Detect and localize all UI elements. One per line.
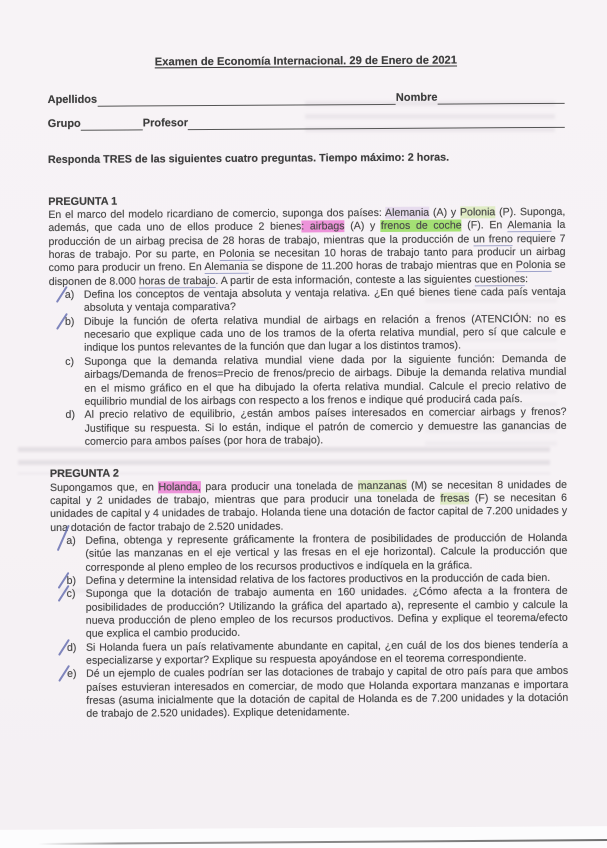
scanner-background-band (0, 826, 607, 848)
item-text: Dé un ejemplo de cuales podrían ser las … (86, 665, 568, 721)
question-2-item-a: a) Defina, obtenga y represente gráficam… (50, 532, 567, 575)
item-text: Suponga que la demanda relativa mundial … (84, 353, 566, 409)
item-label: d) (65, 409, 75, 422)
grupo-blank-line (81, 117, 143, 131)
question-1: PREGUNTA 1 En el marco del modelo ricard… (48, 193, 567, 450)
item-label: c) (67, 588, 76, 601)
question-2-item-e: e) Dé un ejemplo de cuales podrían ser l… (51, 665, 568, 722)
question-2-item-d: d) Si Holanda fuera un país relativament… (51, 639, 568, 669)
nombre-blank-line (437, 90, 564, 105)
page-content: Examen de Economía Internacional. 29 de … (47, 0, 568, 722)
item-text: Defina, obtenga y represente gráficament… (85, 532, 567, 575)
page-title: Examen de Economía Internacional. 29 de … (47, 54, 564, 71)
question-1-intro: En el marco del modelo ricardiano de com… (48, 206, 565, 289)
exam-instructions: Responda TRES de las siguientes cuatro p… (48, 151, 565, 168)
item-text: Dibuje la función de oferta relativa mun… (84, 313, 566, 356)
scanned-exam-page: Examen de Economía Internacional. 29 de … (0, 0, 607, 848)
item-label: d) (67, 642, 77, 655)
apellidos-blank-line (97, 91, 396, 107)
apellidos-label: Apellidos (48, 94, 98, 108)
question-1-item-a: a) Defina los conceptos de ventaja absol… (49, 286, 566, 316)
question-1-item-d: d) Al precio relativo de equilibrio, ¿es… (49, 406, 566, 449)
name-fields-row: Apellidos Nombre (48, 90, 565, 107)
question-1-item-c: c) Suponga que la demanda relativa mundi… (49, 353, 566, 410)
item-text: Suponga que la dotación de trabajo aumen… (86, 585, 568, 641)
nombre-label: Nombre (396, 92, 438, 106)
group-fields-row: Grupo Profesor (48, 114, 565, 131)
item-text: Defina los conceptos de ventaja absoluta… (84, 286, 566, 316)
profesor-blank-line (188, 114, 565, 130)
item-text: Al precio relativo de equilibrio, ¿están… (84, 406, 566, 449)
question-2: PREGUNTA 2 Supongamos que, en Holanda, p… (50, 465, 569, 722)
item-label: b) (65, 316, 75, 329)
profesor-label: Profesor (143, 117, 188, 131)
grupo-label: Grupo (48, 118, 81, 132)
item-label: c) (65, 356, 74, 369)
question-2-intro: Supongamos que, en Holanda, para produci… (50, 478, 567, 535)
item-label: e) (67, 668, 77, 681)
item-label: a) (65, 289, 75, 302)
item-label: a) (66, 535, 76, 548)
item-text: Si Holanda fuera un país relativamente a… (86, 639, 568, 669)
question-1-item-b: b) Dibuje la función de oferta relativa … (49, 313, 566, 356)
question-2-item-c: c) Suponga que la dotación de trabajo au… (51, 585, 568, 642)
